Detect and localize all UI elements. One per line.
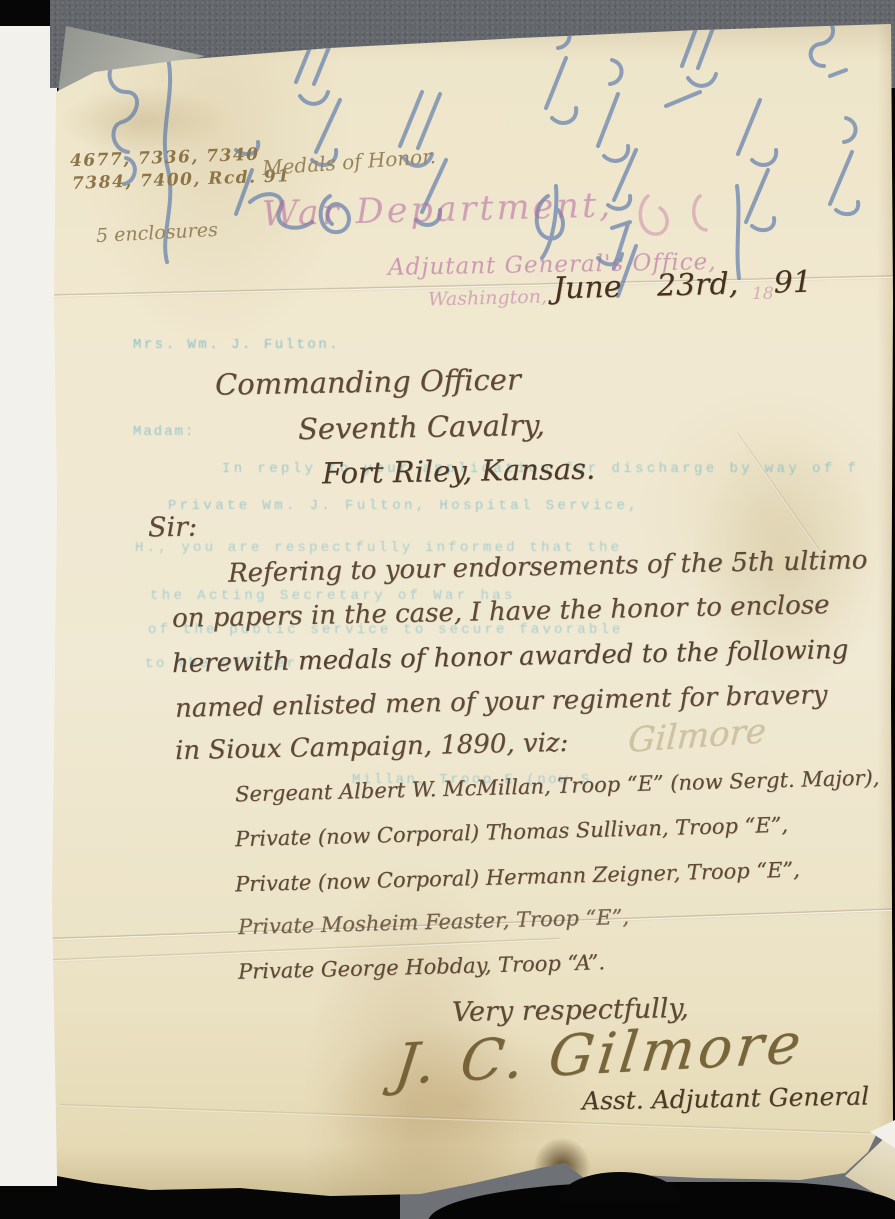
- signature-title: Asst. Adjutant General: [582, 1081, 870, 1115]
- address-line-2: Seventh Cavalry,: [298, 408, 545, 446]
- letterhead-city: Washington,: [428, 285, 548, 310]
- letter-date: June 23rd, 91: [553, 265, 813, 307]
- name-line-4: Private Mosheim Feaster, Troop “E”,: [238, 905, 630, 939]
- scanner-white-strip: [0, 26, 57, 1186]
- ghost-addressee: Mrs. Wm. J. Fulton.: [133, 337, 340, 353]
- body-line-3: herewith medals of honor awarded to the …: [172, 635, 849, 679]
- ghost-salutation: Madam:: [133, 424, 195, 440]
- body-line-5: in Sioux Campaign, 1890, viz:: [175, 728, 569, 766]
- docket-numbers-line2: 7384, 7400, Rcd. 91: [72, 166, 291, 194]
- address-line-1: Commanding Officer: [215, 362, 521, 401]
- ghost-signature: Gilmore: [627, 711, 767, 761]
- name-line-3: Private (now Corporal) Hermann Zeigner, …: [235, 858, 800, 897]
- docket-enclosures-note: 5 enclosures: [96, 219, 219, 247]
- name-line-5: Private George Hobday, Troop “A”.: [238, 950, 606, 984]
- salutation: Sir:: [148, 512, 198, 544]
- docket-subject-note: Medals of Honor.: [261, 144, 436, 180]
- address-line-3: Fort Riley, Kansas.: [322, 452, 596, 491]
- stain-top-edge: [58, 86, 228, 156]
- letterhead-department: War Department,: [262, 185, 614, 234]
- letter-paper: 4677, 7336, 7340 7384, 7400, Rcd. 91 Med…: [0, 0, 895, 1219]
- name-line-2: Private (now Corporal) Thomas Sullivan, …: [235, 813, 789, 851]
- ghost-line-2: Private Wm. J. Fulton, Hospital Service,: [168, 498, 640, 514]
- scanned-letter-page: 4677, 7336, 7340 7384, 7400, Rcd. 91 Med…: [0, 0, 895, 1219]
